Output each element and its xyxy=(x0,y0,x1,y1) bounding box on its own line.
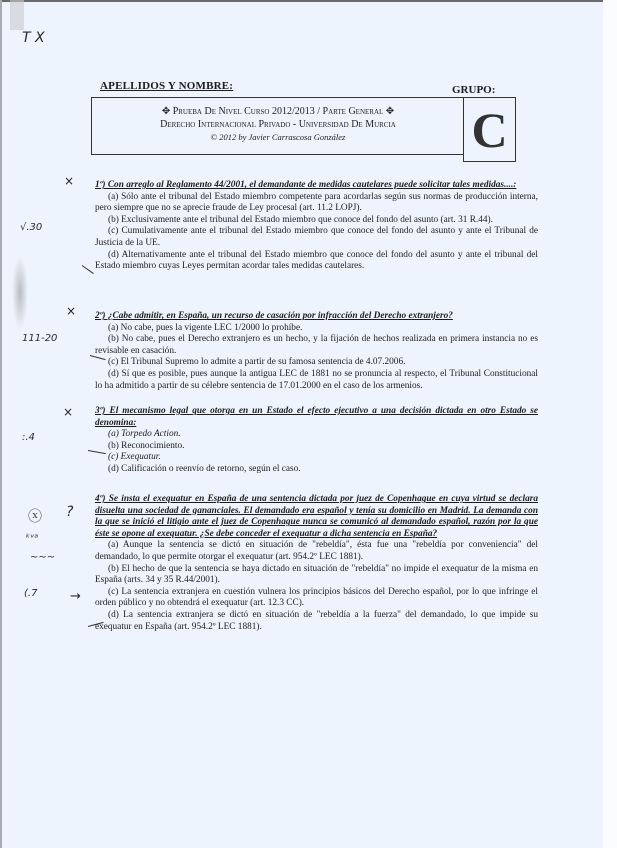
question-1: 1º) Con arreglo al Reglamento 44/2001, e… xyxy=(95,180,538,273)
answer-option-b: (b) Reconocimiento. xyxy=(95,441,538,453)
group-box: C xyxy=(463,97,516,162)
answer-option-b: (b) No cabe, pues el Derecho extranjero … xyxy=(95,334,538,357)
handwritten-q3-note: :.4 xyxy=(22,432,35,443)
answer-option-d: (d) La sentencia extranjera se dictó en … xyxy=(95,610,538,633)
handwritten-arrow-icon: → xyxy=(70,589,81,604)
scan-top-edge xyxy=(0,0,617,2)
answer-option-a: (a) Aunque la sentencia se dictó en situ… xyxy=(95,540,538,563)
handwritten-tick xyxy=(82,265,94,274)
handwritten-q2-note: 111-20 xyxy=(22,333,57,344)
handwritten-question-mark: ? xyxy=(66,504,73,520)
answer-option-a: (a) Torpedo Action. xyxy=(95,429,538,441)
question-title: 3º) El mecanismo legal que otorga en un … xyxy=(95,406,538,429)
scan-smudge xyxy=(10,0,24,30)
handwritten-q1-note: √.30 xyxy=(20,222,42,233)
scan-right-margin xyxy=(603,0,617,848)
exam-header-box: ✥ Prueba De Nivel Curso 2012/2013 / Part… xyxy=(91,97,464,155)
handwritten-q4-note: (.7 xyxy=(24,588,37,599)
scan-left-edge xyxy=(0,0,2,848)
answer-option-c: (c) Exequatur. xyxy=(95,452,538,464)
answer-option-d: (d) Sí que es posible, pues aunque la an… xyxy=(95,369,538,392)
answer-option-d: (d) Alternativamente ante el tribunal de… xyxy=(95,250,538,273)
question-3: 3º) El mecanismo legal que otorga en un … xyxy=(95,406,538,476)
handwritten-top-left: T X xyxy=(22,30,45,46)
answer-option-a: (a) Sólo ante el tribunal del Estado mie… xyxy=(95,192,538,215)
handwritten-circled-x-icon: ⓧ xyxy=(28,506,42,526)
answer-option-d: (d) Calificación o reenvío de retorno, s… xyxy=(95,464,538,476)
answer-option-c: (c) La sentencia extranjera en cuestión … xyxy=(95,587,538,610)
answer-option-a: (a) No cabe, pues la vigente LEC 1/2000 … xyxy=(95,323,538,335)
handwritten-q2-mark: × xyxy=(66,304,76,318)
group-label: GRUPO: xyxy=(452,84,495,96)
handwritten-scribble: ~~~ xyxy=(30,552,55,563)
question-4: 4º) Se insta el exequatur en España de u… xyxy=(95,494,538,633)
handwritten-q3-mark: × xyxy=(63,405,73,419)
handwritten-q1-mark: × xyxy=(64,174,74,188)
answer-option-b: (b) Exclusivamente ante el tribunal del … xyxy=(95,215,538,227)
question-title: 2º) ¿Cabe admitir, en España, un recurso… xyxy=(95,311,538,323)
answer-option-c: (c) El Tribunal Supremo lo admite a part… xyxy=(95,357,538,369)
exam-title: ✥ Prueba De Nivel Curso 2012/2013 / Part… xyxy=(92,105,464,118)
answer-option-b: (b) El hecho de que la sentencia se haya… xyxy=(95,564,538,587)
name-label: APELLIDOS Y NOMBRE: xyxy=(100,80,233,92)
question-2: 2º) ¿Cabe admitir, en España, un recurso… xyxy=(95,311,538,392)
question-title: 4º) Se insta el exequatur en España de u… xyxy=(95,494,538,540)
group-value: C xyxy=(471,105,507,155)
scan-smudge xyxy=(12,255,28,330)
handwritten-scribble: ᵏᵛᵃ xyxy=(26,533,38,544)
exam-copyright: © 2012 by Javier Carrascosa González xyxy=(92,131,464,144)
question-title: 1º) Con arreglo al Reglamento 44/2001, e… xyxy=(95,180,538,192)
answer-option-c: (c) Cumulativamente ante el tribunal del… xyxy=(95,226,538,249)
exam-subject: Derecho Internacional Privado - Universi… xyxy=(92,118,464,131)
